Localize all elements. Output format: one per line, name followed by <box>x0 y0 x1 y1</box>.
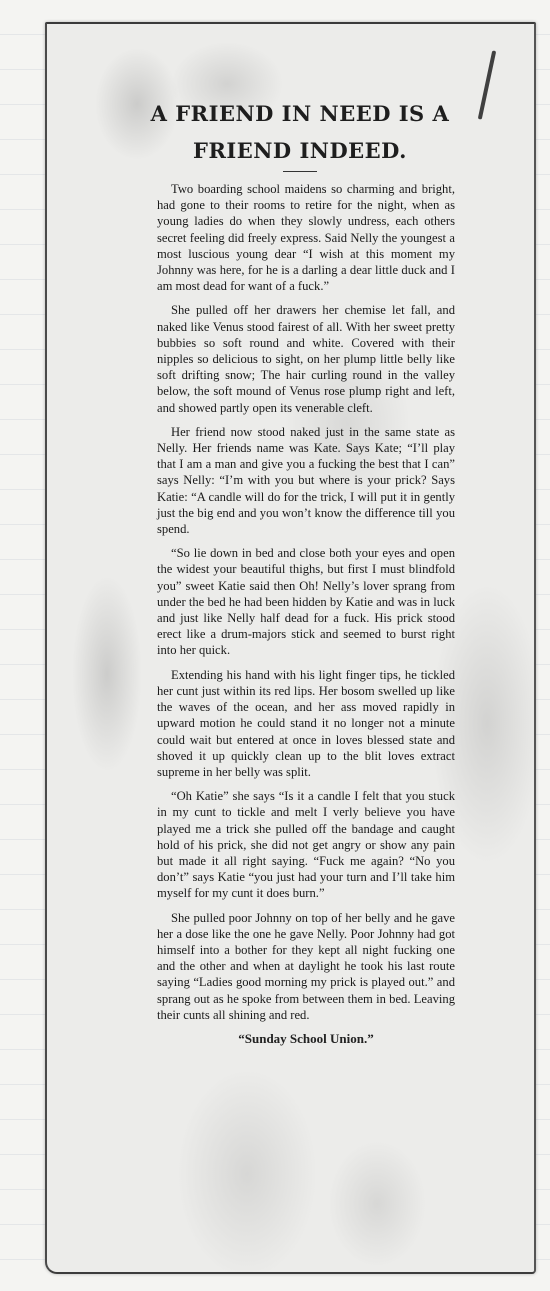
title-line-1: A FRIEND IN NEED IS A <box>100 95 500 132</box>
paragraph: Her friend now stood naked just in the s… <box>157 424 455 537</box>
document-title: A FRIEND IN NEED IS A FRIEND INDEED. <box>100 95 500 169</box>
paragraph: “Oh Katie” she says “Is it a candle I fe… <box>157 788 455 901</box>
paragraph: She pulled poor Johnny on top of her bel… <box>157 910 455 1023</box>
paragraph: “So lie down in bed and close both your … <box>157 545 455 658</box>
paragraph: She pulled off her drawers her chemise l… <box>157 302 455 415</box>
signature: “Sunday School Union.” <box>157 1031 455 1047</box>
title-divider <box>283 171 317 172</box>
title-line-2: FRIEND INDEED. <box>100 132 500 169</box>
article-body: Two boarding school maidens so charming … <box>157 181 455 1047</box>
paragraph: Two boarding school maidens so charming … <box>157 181 455 294</box>
paragraph: Extending his hand with his light finger… <box>157 667 455 780</box>
